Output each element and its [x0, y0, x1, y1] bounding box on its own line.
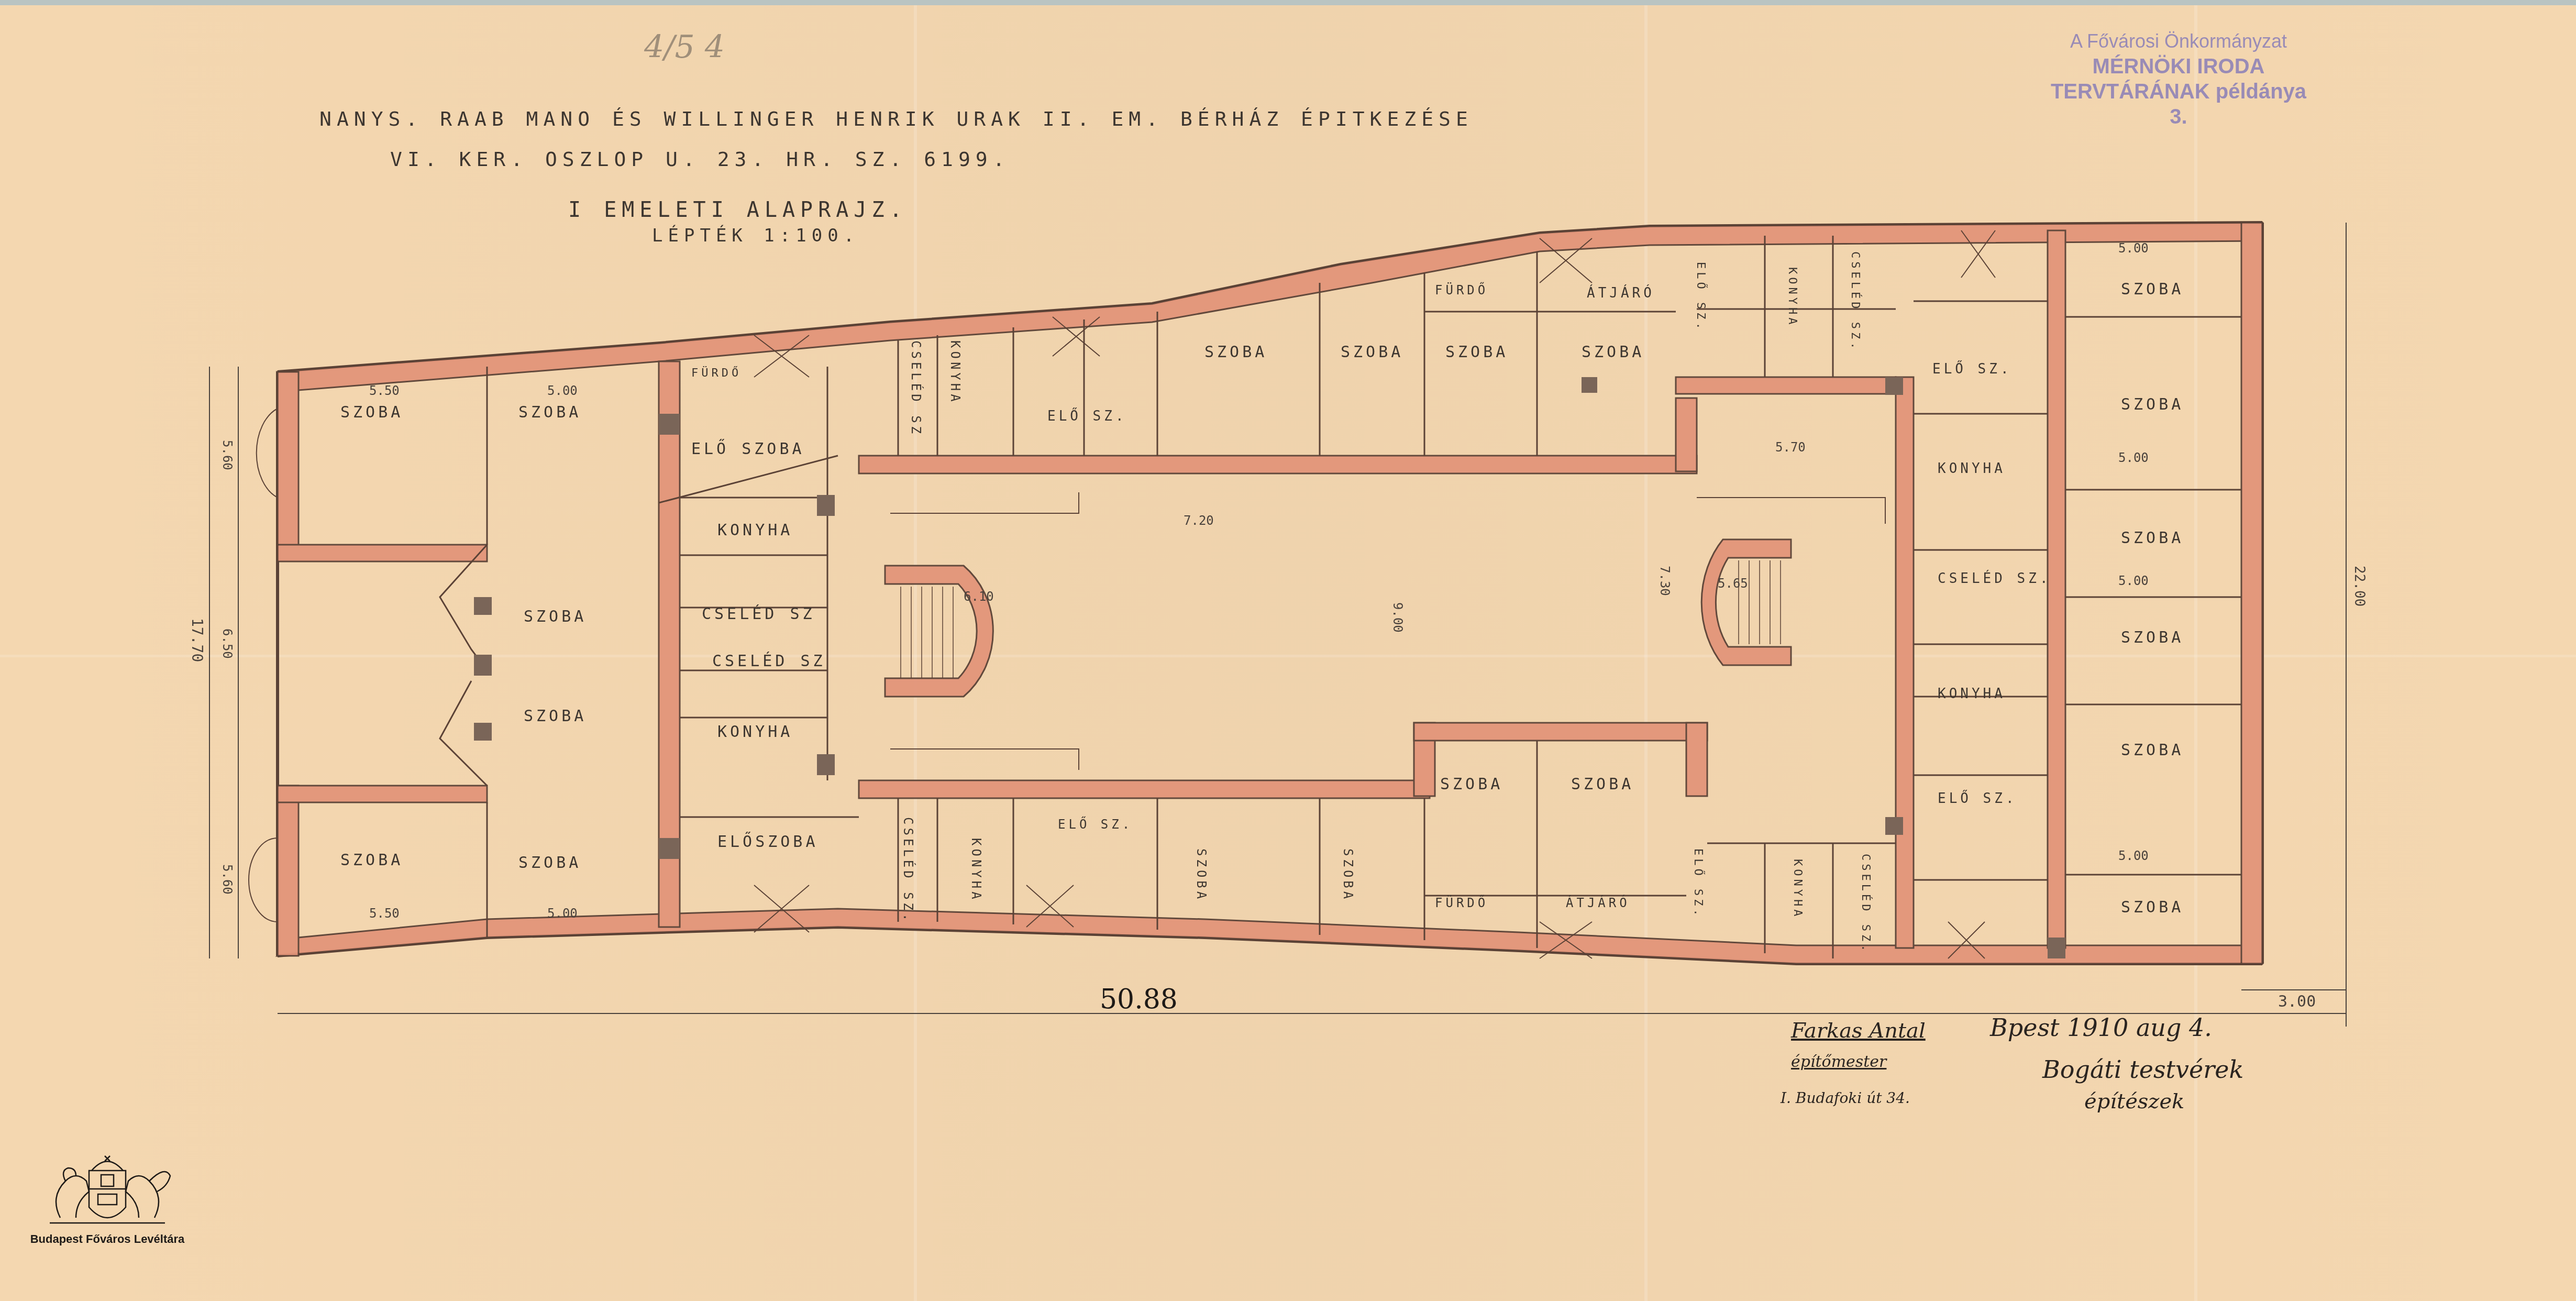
- room-label: SZOBA: [1341, 848, 1355, 902]
- room-label: FÜRDŐ: [1435, 896, 1488, 910]
- dimension: 3.00: [2278, 993, 2316, 1011]
- room-label: CSELÉD SZ: [909, 340, 923, 437]
- room-label: CSELÉD SZ.: [901, 817, 915, 924]
- room-label: KONYHA: [717, 723, 793, 741]
- builder-title: építőmester: [1791, 1053, 1886, 1071]
- architects-title: építészek: [2084, 1089, 2184, 1113]
- room-label: CSELÉD SZ: [702, 605, 815, 623]
- dimension: 5.65: [1718, 576, 1748, 591]
- room-label: ÁTJÁRÓ: [1566, 896, 1630, 910]
- room-label: SZOBA: [1204, 343, 1267, 361]
- dimension: 6.50: [220, 629, 235, 659]
- room-label: KONYHA: [1791, 859, 1804, 919]
- dimension: 9.00: [1390, 602, 1405, 633]
- dimension: 5.00: [2118, 574, 2149, 588]
- room-label: SZOBA: [1440, 775, 1503, 793]
- room-label: ELŐ SZ.: [1938, 791, 2017, 807]
- room-label: ÁTJÁRÓ: [1587, 285, 1655, 301]
- dimension: 17.70: [189, 618, 206, 662]
- dimension: 5.00: [2118, 241, 2149, 256]
- dimension: 5.50: [369, 906, 400, 921]
- dimension: 5.00: [2118, 848, 2149, 863]
- room-label: KONYHA: [1786, 267, 1799, 327]
- dimension: 5.00: [547, 383, 578, 398]
- room-label: SZOBA: [1445, 343, 1508, 361]
- room-label: ELŐ SZ.: [1932, 361, 2012, 377]
- room-label: CSELÉD SZ.: [1859, 854, 1872, 954]
- room-label: SZOBA: [340, 403, 403, 422]
- room-label: SZOBA: [524, 608, 587, 626]
- room-label: SZOBA: [2121, 898, 2184, 917]
- builder-address: I. Budafoki út 34.: [1781, 1089, 1910, 1107]
- dimension: 5.00: [547, 906, 578, 921]
- room-label: ELŐ SZ.: [1047, 409, 1127, 424]
- dimension: 5.50: [369, 383, 400, 398]
- room-label: SZOBA: [2121, 395, 2184, 414]
- room-label: SZOBA: [2121, 741, 2184, 759]
- room-label: KONYHA: [717, 521, 793, 539]
- room-label: CSELÉD SZ.: [1849, 251, 1862, 352]
- room-label: SZOBA: [1571, 775, 1634, 793]
- archive-name: Budapest Főváros Levéltára: [29, 1232, 186, 1246]
- builder-signature: Farkas Antal: [1791, 1019, 1926, 1043]
- room-label: ELŐ SZOBA: [691, 440, 805, 458]
- room-label: SZOBA: [518, 854, 581, 872]
- date-signature: Bpest 1910 aug 4.: [1990, 1013, 2212, 1042]
- room-label: KONYHA: [1938, 686, 2006, 702]
- room-label: SZOBA: [2121, 529, 2184, 547]
- room-label: ELŐ SZ.: [1058, 817, 1133, 832]
- room-label: FÜRDŐ: [1435, 283, 1488, 297]
- dimension: 22.00: [2351, 566, 2367, 607]
- total-length-dimension: 50.88: [1100, 984, 1178, 1015]
- room-label: KONYHA: [948, 340, 963, 405]
- room-label: FÜRDŐ: [691, 367, 742, 380]
- room-label: KONYHA: [969, 838, 983, 902]
- room-label: SZOBA: [1582, 343, 1644, 361]
- room-label: CSELÉD SZ.: [1938, 571, 2051, 587]
- room-label: ELŐ SZ.: [1691, 848, 1705, 919]
- room-label: SZOBA: [524, 707, 587, 725]
- floor-plan-drawing: [0, 0, 2576, 1301]
- archive-logo: Budapest Főváros Levéltára: [29, 1150, 186, 1246]
- room-label: ELŐSZOBA: [717, 833, 819, 851]
- room-label: ELŐ SZ.: [1694, 262, 1707, 333]
- room-label: SZOBA: [2121, 280, 2184, 299]
- room-label: KONYHA: [1938, 461, 2006, 477]
- dimension: 5.60: [220, 440, 235, 470]
- coat-of-arms-icon: [39, 1150, 175, 1228]
- room-label: SZOBA: [340, 851, 403, 869]
- room-label: CSELÉD SZ: [712, 652, 826, 670]
- dimension: 5.70: [1775, 440, 1806, 455]
- dimension: 7.30: [1657, 566, 1672, 596]
- dimension: 5.60: [220, 864, 235, 895]
- room-label: SZOBA: [1341, 343, 1403, 361]
- room-label: SZOBA: [1194, 848, 1209, 902]
- architects-signature: Bogáti testvérek: [2042, 1055, 2243, 1084]
- room-label: SZOBA: [518, 403, 581, 422]
- room-label: SZOBA: [2121, 629, 2184, 647]
- dimension: 5.00: [2118, 450, 2149, 465]
- dimension: 6.10: [964, 589, 994, 604]
- dimension: 7.20: [1184, 513, 1214, 528]
